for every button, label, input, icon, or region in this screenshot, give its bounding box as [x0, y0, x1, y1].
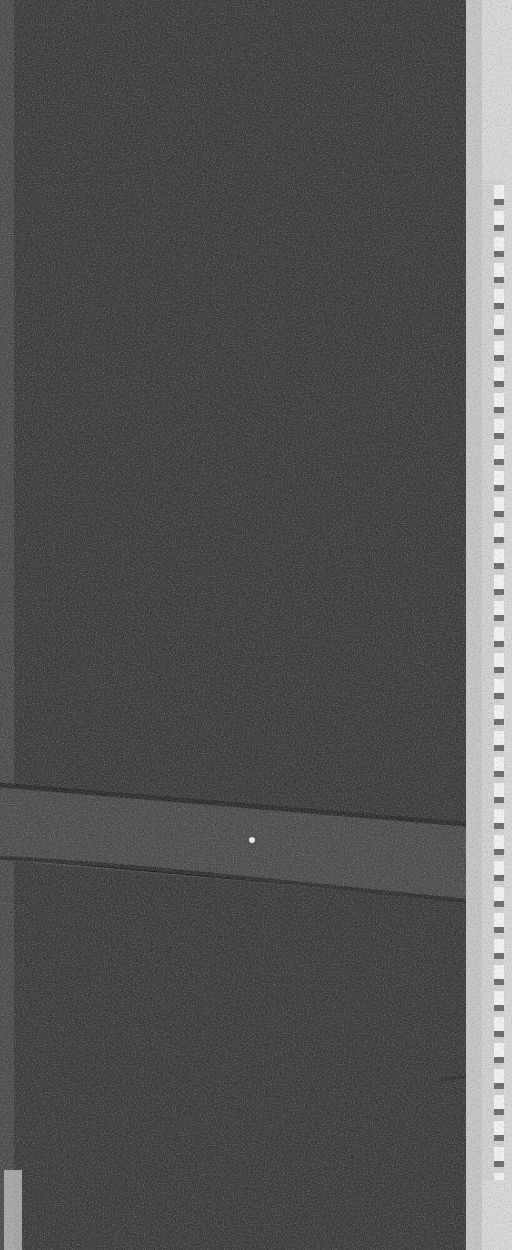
texture-noise-dark — [0, 0, 512, 1250]
road-scene — [0, 0, 512, 1250]
road-surface-image — [0, 0, 512, 1250]
